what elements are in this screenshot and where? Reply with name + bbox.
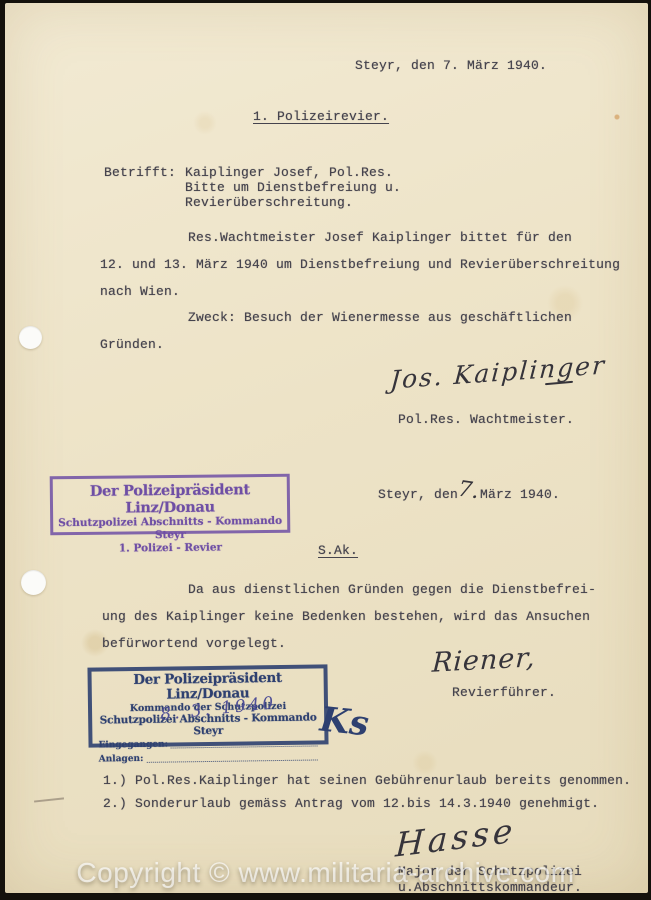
body-line-2: 12. und 13. März 1940 um Dienstbefreiung… xyxy=(100,257,620,273)
punch-hole-bottom xyxy=(21,570,46,595)
subject-line-3: Revierüberschreitung. xyxy=(185,195,353,211)
memo-line-3: befürwortend vorgelegt. xyxy=(102,636,286,652)
reference-mark: S.Ak. xyxy=(318,543,358,559)
body-line-5: Gründen. xyxy=(100,337,164,353)
memo-line-1: Da aus dienstlichen Gründen gegen die Di… xyxy=(188,582,596,598)
date-line-2-prefix: Steyr, den xyxy=(378,487,458,503)
body-line-4: Zweck: Besuch der Wienermesse aus geschä… xyxy=(188,310,572,326)
date-line-2-suffix: März 1940. xyxy=(480,487,560,503)
document-heading: 1. Polizeirevier. xyxy=(253,109,389,125)
signature2-title: Revierführer. xyxy=(452,685,556,701)
police-stamp-revier: Der Polizeipräsident Linz/Donau Schutzpo… xyxy=(50,474,291,536)
stamp1-line3: 1. Polizei - Revier xyxy=(53,541,287,556)
signature1-title: Pol.Res. Wachtmeister. xyxy=(398,412,574,428)
subject-label: Betrifft: xyxy=(104,165,176,181)
footer-item-2: 2.) Sonderurlaub gemäss Antrag vom 12.bi… xyxy=(103,796,599,812)
date-line-1: Steyr, den 7. März 1940. xyxy=(355,58,547,74)
stamp2-received-dotted-line xyxy=(171,745,318,748)
handwritten-day: 7. xyxy=(456,477,480,505)
copyright-watermark: Copyright © www.militaria-archive.com xyxy=(0,857,651,889)
stamp2-received-label: Eingegangen: xyxy=(98,738,168,753)
scanned-document-page: Steyr, den 7. März 1940. 1. Polizeirevie… xyxy=(0,0,651,900)
memo-line-2: ung des Kaiplinger keine Bedenken besteh… xyxy=(102,609,590,625)
stamp2-attachments-label: Anlagen: xyxy=(99,752,144,767)
footer-item-1: 1.) Pol.Res.Kaiplinger hat seinen Gebühr… xyxy=(103,773,631,789)
paraph-mark: Ks xyxy=(318,700,371,745)
stamp1-line2: Schutzpolizei Abschnitts - Kommando Stey… xyxy=(53,515,287,543)
signature-riener: Riener, xyxy=(431,642,536,679)
stamp2-line1: Der Polizeipräsident Linz/Donau xyxy=(98,670,318,703)
subject-line-1: Kaiplinger Josef, Pol.Res. xyxy=(185,165,393,181)
body-line-3: nach Wien. xyxy=(100,284,180,300)
body-line-1: Res.Wachtmeister Josef Kaiplinger bittet… xyxy=(188,230,572,246)
stamp1-line1: Der Polizeipräsident Linz/Donau xyxy=(53,481,287,517)
subject-line-2: Bitte um Dienstbefreiung u. xyxy=(185,180,401,196)
stamp2-attachments-dotted-line xyxy=(146,759,317,762)
punch-hole-top xyxy=(19,326,42,349)
